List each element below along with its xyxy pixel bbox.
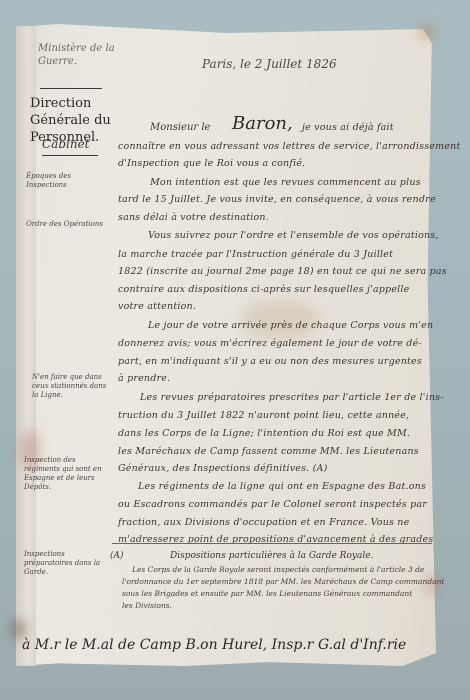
- ministry-heading: Ministère de la Guerre.: [38, 42, 128, 68]
- body-line: dans les Corps de la Ligne; l'intention …: [118, 428, 410, 439]
- body-line: Les revues préparatoires prescrites par …: [140, 392, 444, 403]
- footnote-mark: (A): [110, 551, 124, 561]
- footnote-line: sous les Brigades et ensuite par MM. les…: [122, 589, 412, 598]
- corner-stain: [420, 25, 434, 39]
- address-line: à M.r le M.al de Camp B.on Hurel, Insp.r…: [22, 637, 406, 653]
- body-line: Le jour de votre arrivée près de chaque …: [148, 320, 433, 331]
- footnote-line: les Divisions.: [122, 601, 172, 610]
- body-line: fraction, aux Divisions d'occupation et …: [118, 517, 409, 528]
- footnote-line: Les Corps de la Garde Royale seront insp…: [132, 565, 424, 574]
- body-line: la marche tracée par l'Instruction génér…: [118, 249, 393, 260]
- footnote-title: Dispositions particulières à la Garde Ro…: [170, 551, 373, 561]
- margin-note: N'en faire que dans ceux stationnés dans…: [32, 373, 108, 400]
- body-line: part, en m'indiquant s'il y a eu ou non …: [118, 356, 422, 367]
- divider-rule: [40, 88, 102, 89]
- footnote-line: l'ordonnance du 1er septembre 1818 par M…: [122, 577, 444, 586]
- body-line: 1822 (inscrite au journal 2me page 18) e…: [118, 266, 447, 277]
- binding-stain: [12, 620, 26, 638]
- body-line: les Maréchaux de Camp fassent comme MM. …: [118, 446, 419, 457]
- margin-note: Ordre des Opérations: [26, 220, 106, 229]
- body-line: à prendre.: [118, 373, 170, 384]
- body-line: contraire aux dispositions ci-après sur …: [118, 284, 409, 295]
- margin-note: Inspection des régiments qui sont en Esp…: [24, 456, 108, 492]
- addressee-title: Baron,: [232, 113, 293, 134]
- body-line: tard le 15 Juillet. Je vous invite, en c…: [118, 194, 436, 205]
- body-line: votre attention.: [118, 301, 196, 312]
- footnote-divider: [112, 543, 432, 544]
- body-line: Généraux, des Inspections définitives. (…: [118, 463, 327, 474]
- body-line: je vous ai déjà fait: [302, 122, 394, 133]
- body-line: Vous suivrez pour l'ordre et l'ensemble …: [148, 230, 439, 241]
- margin-note: Époques des Inspections: [26, 172, 106, 190]
- body-line: truction du 3 Juillet 1822 n'auront poin…: [118, 410, 409, 421]
- body-line: Les régiments de la ligne qui ont en Esp…: [138, 481, 426, 492]
- body-line: sans délai à votre destination.: [118, 212, 269, 223]
- salutation: Monsieur le: [150, 122, 210, 133]
- body-line: donnerez avis; vous m'écrirez également …: [118, 338, 422, 349]
- divider-rule: [42, 155, 98, 156]
- body-line: ou Escadrons commandés par le Colonel se…: [118, 499, 427, 510]
- margin-note: Inspections préparatoires dans la Garde.: [24, 550, 108, 577]
- body-line: d'Inspection que le Roi vous a confié.: [118, 158, 305, 169]
- office-heading: Cabinet: [42, 137, 90, 151]
- body-line: Mon intention est que les revues commenc…: [150, 177, 421, 188]
- body-line: connaître en vous adressant vos lettres …: [118, 141, 461, 152]
- place-date: Paris, le 2 Juillet 1826: [202, 57, 337, 71]
